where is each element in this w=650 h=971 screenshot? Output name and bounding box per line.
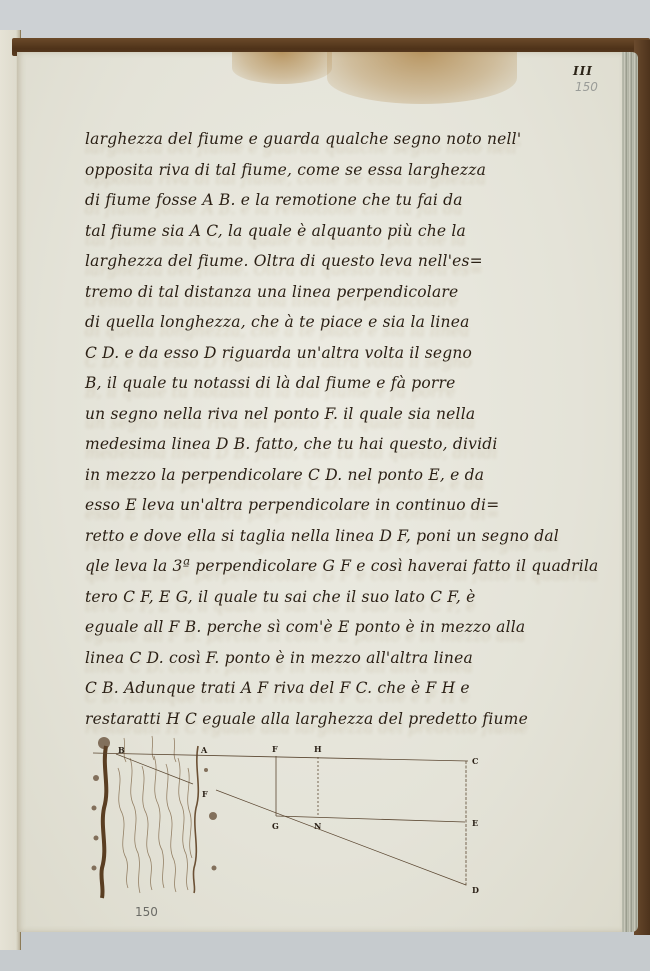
text-line: retto e dove ella si taglia nella linea …	[85, 521, 535, 552]
label-F-top: F	[272, 744, 278, 754]
river-water	[118, 736, 192, 893]
water-stain	[327, 52, 517, 104]
text-line: esso E leva un'altra perpendicolare in c…	[85, 490, 535, 521]
label-E: E	[472, 818, 478, 828]
label-A: A	[200, 745, 208, 755]
label-N: N	[314, 821, 321, 831]
water-stain	[232, 52, 332, 84]
text-line: larghezza del fiume e guarda qualche seg…	[85, 124, 535, 155]
line-GE	[276, 816, 465, 822]
label-G: G	[272, 821, 279, 831]
text-line: in mezzo la perpendicolare C D. nel pont…	[85, 460, 535, 491]
text-line: di quella longhezza, che à te piace e si…	[85, 307, 535, 338]
label-F-bank: F	[202, 789, 208, 799]
text-line: tero C F, E G, il quale tu sai che il su…	[85, 582, 535, 613]
folio-number-pencil-top: 150	[575, 80, 598, 94]
text-line: C D. e da esso D riguarda un'altra volta…	[85, 338, 535, 369]
text-line: tremo di tal distanza una linea perpendi…	[85, 277, 535, 308]
manuscript-text: larghezza del fiume e guarda qualche seg…	[85, 124, 535, 734]
river-left-bank	[101, 746, 106, 898]
folio-number-pencil-bottom: 150	[135, 905, 158, 919]
river-width-diagram: B A F H C F G N E D	[88, 728, 508, 903]
folio-number-ink: III	[573, 64, 593, 78]
text-line: un segno nella riva nel ponto F. il qual…	[85, 399, 535, 430]
label-C: C	[472, 756, 478, 766]
text-line: B, il quale tu notassi di là dal fiume e…	[85, 368, 535, 399]
text-line: qle leva la 3ª perpendicolare G F e così…	[85, 551, 535, 582]
label-B: B	[118, 745, 125, 755]
label-H: H	[314, 744, 322, 754]
text-line: medesima linea D B. fatto, che tu hai qu…	[85, 429, 535, 460]
text-line: opposita riva di tal fiume, come se essa…	[85, 155, 535, 186]
text-line: linea C D. così F. ponto è in mezzo all'…	[85, 643, 535, 674]
river-right-bank	[193, 746, 198, 893]
text-line: C B. Adunque trati A F riva del F C. che…	[85, 673, 535, 704]
text-line: tal fiume sia A C, la quale è alquanto p…	[85, 216, 535, 247]
text-line: di fiume fosse A B. e la remotione che t…	[85, 185, 535, 216]
line-FD	[216, 790, 466, 885]
label-D: D	[472, 885, 479, 895]
geometric-diagram: B A F H C F G N E D	[88, 728, 508, 903]
text-line: larghezza del fiume. Oltra di questo lev…	[85, 246, 535, 277]
line-BC	[93, 753, 468, 761]
text-line: eguale all F B. perche sì com'è E ponto …	[85, 612, 535, 643]
